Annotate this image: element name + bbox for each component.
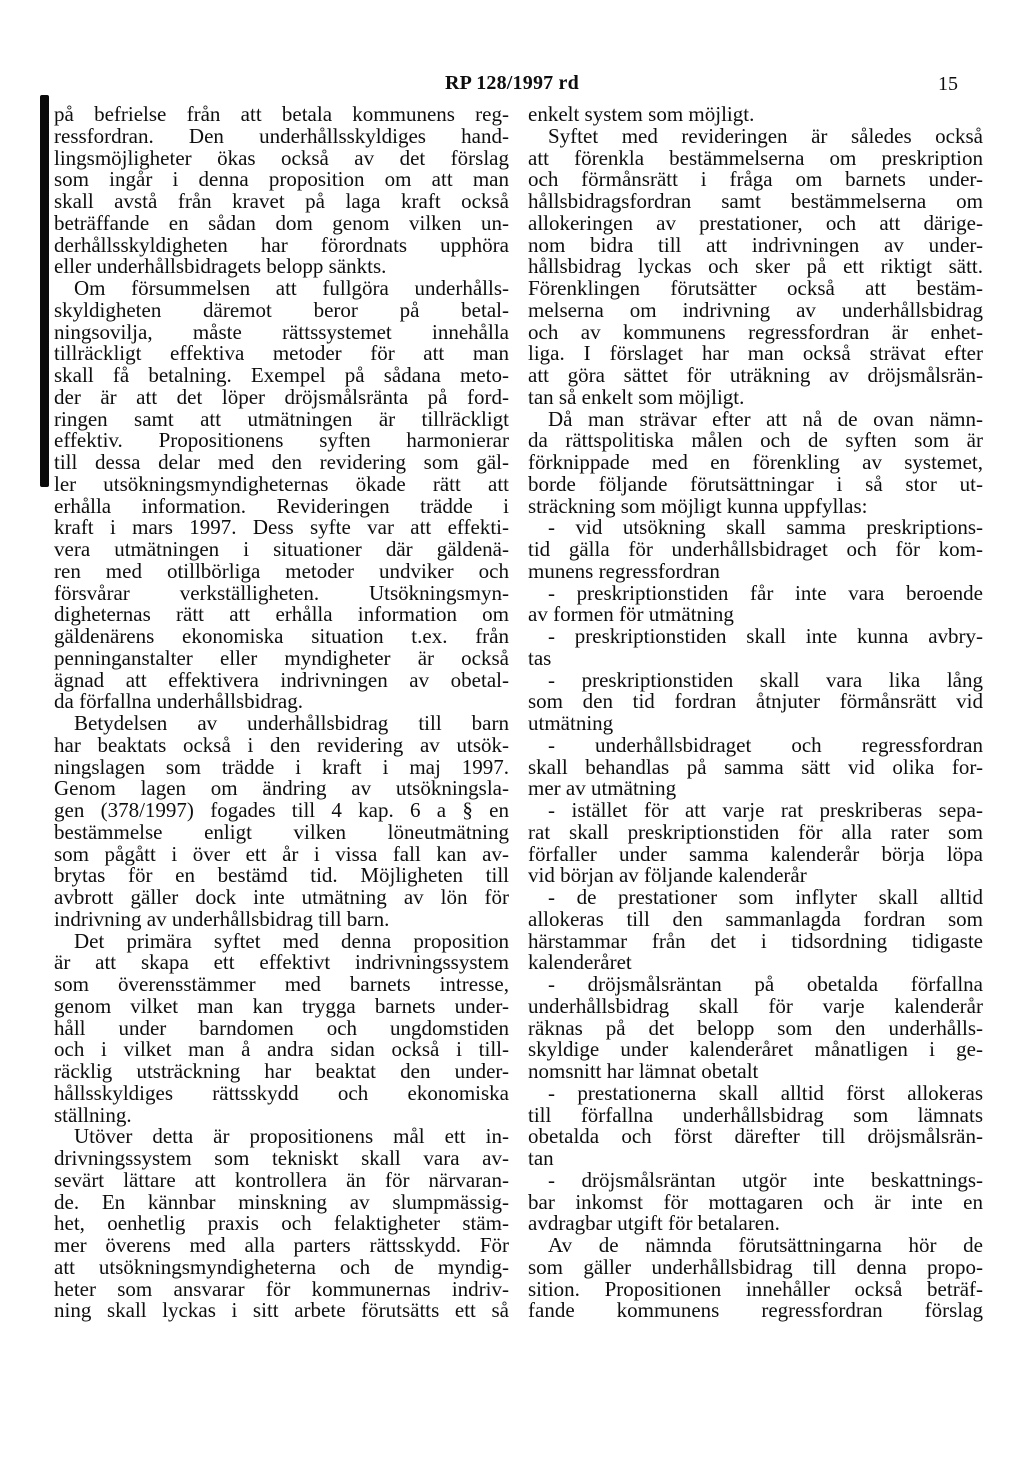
text-line: bestämmelse enligt vilken löneutmätning bbox=[54, 822, 509, 844]
text-line: och förmånsrätt i fråga om barnets under… bbox=[528, 169, 983, 191]
text-line: som gäller underhållsbidrag till denna p… bbox=[528, 1257, 983, 1279]
text-line: att utsökningsmyndigheterna och de myndi… bbox=[54, 1257, 509, 1279]
paragraph: - prestationerna skall alltid först allo… bbox=[528, 1083, 983, 1170]
text-line: Om försummelsen att fullgöra underhålls- bbox=[54, 278, 509, 300]
text-line: allokeringen av prestationer, och att dä… bbox=[528, 213, 983, 235]
text-line: som ingår i denna proposition om att man bbox=[54, 169, 509, 191]
paragraph: Betydelsen av underhållsbidrag till barn… bbox=[54, 713, 509, 931]
text-line: - istället för att varje rat preskribera… bbox=[528, 800, 983, 822]
text-line: Då man strävar efter att nå de ovan nämn… bbox=[528, 409, 983, 431]
text-line: sition. Propositionen innehåller också b… bbox=[528, 1279, 983, 1301]
text-line: ringen samt att utmätningen är tillräckl… bbox=[54, 409, 509, 431]
text-line: allokeras till den sammanlagda fordran s… bbox=[528, 909, 983, 931]
scan-artifact-line bbox=[40, 95, 49, 487]
text-line: brytas för en bestämd tid. Möjligheten t… bbox=[54, 865, 509, 887]
text-line: av formen för utmätning bbox=[528, 604, 983, 626]
paragraph: Av de nämnda förutsättningarna hör desom… bbox=[528, 1235, 983, 1322]
text-line: de. En kännbar minskning av slumpmässig- bbox=[54, 1192, 509, 1214]
text-line: ställning. bbox=[54, 1105, 509, 1127]
paragraph: - vid utsökning skall samma preskription… bbox=[528, 517, 983, 582]
text-line: tan bbox=[528, 1148, 983, 1170]
text-line: borde följande förutsättningar i så stor… bbox=[528, 474, 983, 496]
text-line: der är att det löper dröjsmålsränta på f… bbox=[54, 387, 509, 409]
text-line: Av de nämnda förutsättningarna hör de bbox=[528, 1235, 983, 1257]
paragraph: Då man strävar efter att nå de ovan nämn… bbox=[528, 409, 983, 518]
text-line: underhållsbidrag skall för varje kalende… bbox=[528, 996, 983, 1018]
text-line: ningslagen som trädde i kraft i maj 1997… bbox=[54, 757, 509, 779]
text-line: Det primära syftet med denna proposition bbox=[54, 931, 509, 953]
text-line: erhålla information. Revideringen trädde… bbox=[54, 496, 509, 518]
document-page: RP 128/1997 rd 15 på befrielse från att … bbox=[0, 0, 1024, 1483]
text-line: tan så enkelt som möjligt. bbox=[528, 387, 983, 409]
text-line: på befrielse från att betala kommunens r… bbox=[54, 104, 509, 126]
text-line: sträckning som möjligt kunna uppfyllas: bbox=[528, 496, 983, 518]
text-line: hållsbidragsfordran samt bestämmelserna … bbox=[528, 191, 983, 213]
text-line: tas bbox=[528, 648, 983, 670]
text-line: ler utsökningsmyndigheternas ökade rätt … bbox=[54, 474, 509, 496]
text-line: - dröjsmålsräntan utgör inte beskattning… bbox=[528, 1170, 983, 1192]
text-line: avdragbar utgift för betalaren. bbox=[528, 1213, 983, 1235]
text-line: Genom lagen om ändring av utsökningsla- bbox=[54, 778, 509, 800]
text-line: ressfordran. Den underhållsskyldiges han… bbox=[54, 126, 509, 148]
text-line: digheternas rätt att erhålla information… bbox=[54, 604, 509, 626]
text-line: till förfallna underhållsbidrag som lämn… bbox=[528, 1105, 983, 1127]
text-line: som överensstämmer med barnets intresse, bbox=[54, 974, 509, 996]
paragraph: - preskriptionstiden skall inte kunna av… bbox=[528, 626, 983, 670]
text-line: Förenklingen förutsätter också att bestä… bbox=[528, 278, 983, 300]
text-line: munens regressfordran bbox=[528, 561, 983, 583]
text-line: kraft i mars 1997. Dess syfte var att ef… bbox=[54, 517, 509, 539]
left-text-column: på befrielse från att betala kommunens r… bbox=[54, 104, 509, 1322]
text-line: genom vilket man kan trygga barnets unde… bbox=[54, 996, 509, 1018]
text-line: är att skapa ett effektivt indrivningssy… bbox=[54, 952, 509, 974]
text-line: hållsskyldiges rättsskydd och ekonomiska bbox=[54, 1083, 509, 1105]
text-line: att förenkla bestämmelserna om preskript… bbox=[528, 148, 983, 170]
text-line: lingsmöjligheter ökas också av det försl… bbox=[54, 148, 509, 170]
text-line: ningsovilja, måste rättssystemet innehål… bbox=[54, 322, 509, 344]
paragraph: enkelt system som möjligt. bbox=[528, 104, 983, 126]
text-line: ren med otillbörliga metoder undviker oc… bbox=[54, 561, 509, 583]
text-line: som pågått i över ett år i vissa fall ka… bbox=[54, 844, 509, 866]
text-line: Syftet med revideringen är således också bbox=[528, 126, 983, 148]
text-line: skyldige under kalenderåret månatligen i… bbox=[528, 1039, 983, 1061]
text-line: - prestationerna skall alltid först allo… bbox=[528, 1083, 983, 1105]
text-line: skall behandlas på samma sätt vid olika … bbox=[528, 757, 983, 779]
text-line: tillräckligt effektiva metoder för att m… bbox=[54, 343, 509, 365]
text-line: skall avstå från kravet på laga kraft oc… bbox=[54, 191, 509, 213]
text-line: mer av utmätning bbox=[528, 778, 983, 800]
text-line: skall få betalning. Exempel på sådana me… bbox=[54, 365, 509, 387]
text-line: nomsnitt har lämnat obetalt bbox=[528, 1061, 983, 1083]
text-line: Betydelsen av underhållsbidrag till barn bbox=[54, 713, 509, 735]
text-line: vera utmätningen i situationer där gälde… bbox=[54, 539, 509, 561]
paragraph: på befrielse från att betala kommunens r… bbox=[54, 104, 509, 278]
text-line: gen (378/1997) fogades till 4 kap. 6 a §… bbox=[54, 800, 509, 822]
paragraph: - istället för att varje rat preskribera… bbox=[528, 800, 983, 887]
text-line: melserna om indrivning av underhållsbidr… bbox=[528, 300, 983, 322]
text-line: liga. I förslaget har man också strävat … bbox=[528, 343, 983, 365]
paragraph: Syftet med revideringen är således också… bbox=[528, 126, 983, 409]
page-header-title: RP 128/1997 rd bbox=[0, 72, 1024, 95]
text-line: och i vilket man å andra sidan också i t… bbox=[54, 1039, 509, 1061]
text-line: drivningssystem som tekniskt skall vara … bbox=[54, 1148, 509, 1170]
text-line: förfaller under samma kalenderår börja l… bbox=[528, 844, 983, 866]
text-line: Utöver detta är propositionens mål ett i… bbox=[54, 1126, 509, 1148]
text-line: - dröjsmålsräntan på obetalda förfallna bbox=[528, 974, 983, 996]
paragraph: Det primära syftet med denna proposition… bbox=[54, 931, 509, 1127]
text-line: härstammar från det i tidsordning tidiga… bbox=[528, 931, 983, 953]
text-line: - preskriptionstiden skall inte kunna av… bbox=[528, 626, 983, 648]
text-line: derhållsskyldigheten har förordnats upph… bbox=[54, 235, 509, 257]
text-line: eller underhållsbidragets belopp sänkts. bbox=[54, 256, 509, 278]
text-line: penninganstalter eller myndigheter är oc… bbox=[54, 648, 509, 670]
paragraph: - preskriptionstiden skall vara lika lån… bbox=[528, 670, 983, 735]
text-line: heter som ansvarar för kommunernas indri… bbox=[54, 1279, 509, 1301]
paragraph: - underhållsbidraget och regressfordrans… bbox=[528, 735, 983, 800]
text-line: tid gälla för underhållsbidraget och för… bbox=[528, 539, 983, 561]
text-line: vid början av följande kalenderår bbox=[528, 865, 983, 887]
text-line: som den tid fordran åtnjuter förmånsrätt… bbox=[528, 691, 983, 713]
text-line: beträffande en sådan dom genom vilken un… bbox=[54, 213, 509, 235]
text-line: obetalda och först därefter till dröjsmå… bbox=[528, 1126, 983, 1148]
text-line: - vid utsökning skall samma preskription… bbox=[528, 517, 983, 539]
text-line: ägnad att effektivera indrivningen av ob… bbox=[54, 670, 509, 692]
text-line: - underhållsbidraget och regressfordran bbox=[528, 735, 983, 757]
text-line: utmätning bbox=[528, 713, 983, 735]
text-line: till dessa delar med den revidering som … bbox=[54, 452, 509, 474]
right-text-column: enkelt system som möjligt.Syftet med rev… bbox=[528, 104, 983, 1322]
text-line: sevärt lättare att kontrollera än för nä… bbox=[54, 1170, 509, 1192]
paragraph: Om försummelsen att fullgöra underhålls-… bbox=[54, 278, 509, 713]
text-line: förknippade med en förenkling av systeme… bbox=[528, 452, 983, 474]
text-line: rat skall preskriptionstiden för alla ra… bbox=[528, 822, 983, 844]
page-number: 15 bbox=[938, 73, 958, 96]
paragraph: - preskriptionstiden får inte vara beroe… bbox=[528, 583, 983, 627]
text-line: räknas på det belopp som den underhålls- bbox=[528, 1018, 983, 1040]
text-line: fande kommunens regressfordran förslag bbox=[528, 1300, 983, 1322]
text-line: - de prestationer som inflyter skall all… bbox=[528, 887, 983, 909]
paragraph: - dröjsmålsräntan på obetalda förfallnau… bbox=[528, 974, 983, 1083]
paragraph: - de prestationer som inflyter skall all… bbox=[528, 887, 983, 974]
text-line: nom bidra till att indrivningen av under… bbox=[528, 235, 983, 257]
text-line: att göra sättet för uträkning av dröjsmå… bbox=[528, 365, 983, 387]
text-line: skyldigheten däremot beror på betal- bbox=[54, 300, 509, 322]
text-line: och av kommunens regressfordran är enhet… bbox=[528, 322, 983, 344]
text-line: indrivning av underhållsbidrag till barn… bbox=[54, 909, 509, 931]
text-line: räcklig utsträckning har beaktat den und… bbox=[54, 1061, 509, 1083]
text-line: håll under barndomen och ungdomstiden bbox=[54, 1018, 509, 1040]
text-line: hållsbidrag lyckas och sker på ett rikti… bbox=[528, 256, 983, 278]
text-line: avbrott gäller dock inte utmätning av lö… bbox=[54, 887, 509, 909]
text-line: het, oenhetlig praxis och felaktigheter … bbox=[54, 1213, 509, 1235]
text-line: kalenderåret bbox=[528, 952, 983, 974]
text-line: ning skall lyckas i sitt arbete förutsät… bbox=[54, 1300, 509, 1322]
text-line: - preskriptionstiden får inte vara beroe… bbox=[528, 583, 983, 605]
paragraph: Utöver detta är propositionens mål ett i… bbox=[54, 1126, 509, 1322]
text-line: - preskriptionstiden skall vara lika lån… bbox=[528, 670, 983, 692]
text-line: enkelt system som möjligt. bbox=[528, 104, 983, 126]
text-line: bar inkomst för mottagaren och är inte e… bbox=[528, 1192, 983, 1214]
text-line: försvårar verkställigheten. Utsökningsmy… bbox=[54, 583, 509, 605]
paragraph: - dröjsmålsräntan utgör inte beskattning… bbox=[528, 1170, 983, 1235]
text-line: effektiv. Propositionens syften harmonie… bbox=[54, 430, 509, 452]
text-line: gäldenärens ekonomiska situation t.ex. f… bbox=[54, 626, 509, 648]
text-line: da rättspolitiska målen och de syften so… bbox=[528, 430, 983, 452]
text-line: da förfallna underhållsbidrag. bbox=[54, 691, 509, 713]
text-line: har beaktats också i den revidering av u… bbox=[54, 735, 509, 757]
text-line: mer överens med alla parters rättsskydd.… bbox=[54, 1235, 509, 1257]
